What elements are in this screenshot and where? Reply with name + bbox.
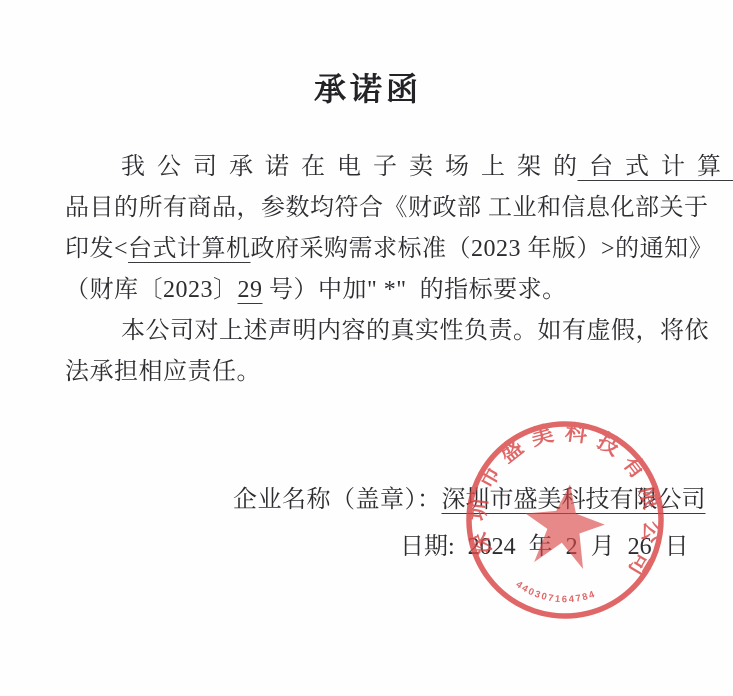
paragraph1-line1: 我 公 司 承 诺 在 电 子 卖 场 上 架 的 台 式 计 算 机 — [65, 147, 675, 188]
p2l1-text: 本公司对上述声明内容的真实性负责。如有虚假，将依 — [121, 318, 709, 344]
date-value: 2024 年 2 月 26 日 — [468, 534, 689, 560]
p1l3-post: 政府采购需求标准（2023 年版）>的通知》 — [251, 236, 714, 262]
paragraph1-line2: 品目的所有商品，参数均符合《财政部 工业和信息化部关于 — [65, 188, 675, 229]
p1l3-underlined-category: 台式计算机 — [128, 236, 251, 262]
letter-body: 我 公 司 承 诺 在 电 子 卖 场 上 架 的 台 式 计 算 机 品目的所… — [65, 147, 675, 393]
signature-company-line: 企业名称（盖章）：深圳市盛美科技有限公司 — [233, 479, 706, 514]
company-name-value: 深圳市盛美科技有限公司 — [442, 487, 706, 513]
seal-graphic: 深圳市盛美科技有限公司 4403071647843 — [462, 417, 668, 623]
p1l3-pre: 印发< — [65, 236, 128, 262]
date-label: 日期: — [400, 534, 455, 560]
p1l1-text: 我 公 司 承 诺 在 电 子 卖 场 上 架 的 — [121, 154, 578, 180]
paragraph1-line4: （财库〔2023〕29 号）中加" *" 的指标要求。 — [65, 270, 675, 311]
p2l2-text: 法承担相应责任。 — [65, 359, 261, 385]
p1l4-pre: （财库〔2023〕 — [65, 277, 238, 303]
paragraph2-line1: 本公司对上述声明内容的真实性负责。如有虚假，将依 — [65, 311, 675, 352]
p1l4-underlined-number: 29 — [238, 277, 263, 303]
seal-ring — [462, 417, 668, 623]
p1l2-text: 品目的所有商品，参数均符合《财政部 工业和信息化部关于 — [65, 195, 709, 221]
paragraph1-line3: 印发<台式计算机政府采购需求标准（2023 年版）>的通知》 — [65, 229, 675, 270]
company-seal-stamp: 深圳市盛美科技有限公司 4403071647843 — [462, 417, 668, 623]
document-title: 承诺函 — [65, 64, 671, 110]
paragraph2-line2: 法承担相应责任。 — [65, 352, 675, 393]
company-name-label: 企业名称（盖章）： — [233, 487, 442, 513]
p1l1-underlined-category: 台 式 计 算 机 — [578, 154, 733, 180]
p1l4-post: 号）中加" *" 的指标要求。 — [263, 277, 567, 303]
scanned-letter-page: 承诺函 我 公 司 承 诺 在 电 子 卖 场 上 架 的 台 式 计 算 机 … — [0, 0, 733, 696]
signature-date-line: 日期: 2024 年 2 月 26 日 — [400, 526, 689, 561]
